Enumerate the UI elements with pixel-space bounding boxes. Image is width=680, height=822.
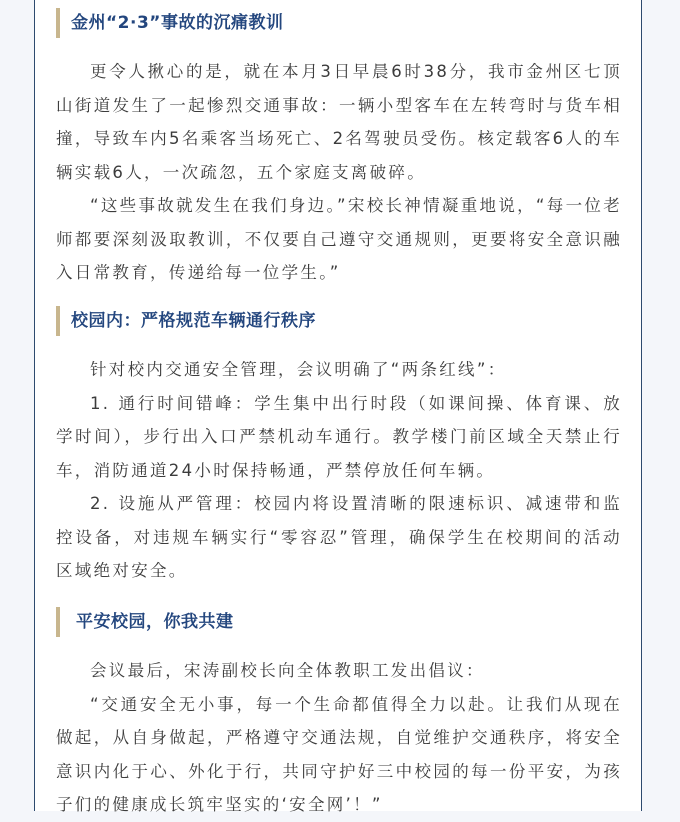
article-frame: 金州“2·3”事故的沉痛教训 更令人揪心的是，就在本月3日早晨6时38分，我市金… (34, 0, 642, 811)
section-heading: 校园内：严格规范车辆通行秩序 (56, 306, 622, 336)
section-safe-campus: 平安校园，你我共建 会议最后，宋涛副校长向全体教职工发出倡议： “交通安全无小事… (56, 607, 622, 811)
section-campus-traffic: 校园内：严格规范车辆通行秩序 针对校内交通安全管理，会议明确了“两条红线”： 1… (56, 306, 622, 588)
paragraph: 针对校内交通安全管理，会议明确了“两条红线”： (56, 353, 622, 387)
paragraph: “这些事故就发生在我们身边。”宋校长神情凝重地说，“每一位老师都要深刻汲取教训，… (56, 189, 622, 290)
paragraph: 更令人揪心的是，就在本月3日早晨6时38分，我市金州区七顶山街道发生了一起惨烈交… (56, 55, 622, 189)
paragraph: 2. 设施从严管理：校园内将设置清晰的限速标识、减速带和监控设备，对违规车辆实行… (56, 487, 622, 588)
section-heading: 平安校园，你我共建 (56, 607, 622, 637)
paragraph: 1. 通行时间错峰：学生集中出行时段（如课间操、体育课、放学时间），步行出入口严… (56, 387, 622, 488)
paragraph: 会议最后，宋涛副校长向全体教职工发出倡议： (56, 654, 622, 688)
paragraph: “交通安全无小事，每一个生命都值得全力以赴。让我们从现在做起，从自身做起，严格遵… (56, 688, 622, 812)
section-jinzhou-accident: 金州“2·3”事故的沉痛教训 更令人揪心的是，就在本月3日早晨6时38分，我市金… (56, 8, 622, 290)
section-heading: 金州“2·3”事故的沉痛教训 (56, 8, 622, 38)
